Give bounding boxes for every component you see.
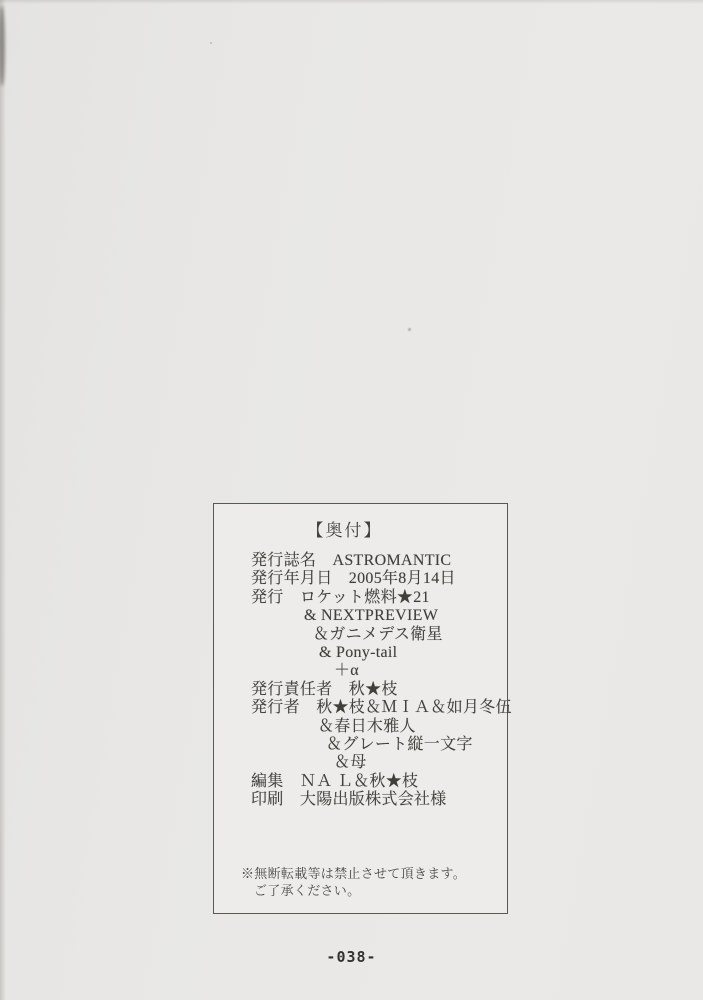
page-number: -038- — [0, 948, 703, 966]
colophon-line-publisher-2: & NEXTPREVIEW — [304, 607, 503, 625]
colophon-line-authors-2: ＆春日木雅人 — [318, 718, 503, 736]
note-line-no-reproduction: ※無断転載等は禁止させて頂きます。 — [241, 865, 503, 882]
note-line-understanding: ご了承ください。 — [241, 882, 503, 899]
colophon-line-publisher-3: ＆ガニメデス衛星 — [313, 626, 503, 644]
scan-speck — [408, 328, 411, 331]
scanned-page: 【奥付】 発行誌名 ASTROMANTIC 発行年月日 2005年8月14日 発… — [0, 0, 703, 1000]
colophon-line-authors-3: ＆グレート縦一文字 — [326, 736, 503, 754]
colophon-line-authors-4: ＆母 — [334, 754, 503, 772]
colophon-line-publisher-4: & Pony-tail — [319, 644, 503, 662]
colophon-line-publisher: 発行 ロケット燃料★21 — [251, 589, 503, 607]
scan-speck — [210, 42, 212, 44]
colophon-lines: 発行誌名 ASTROMANTIC 発行年月日 2005年8月14日 発行 ロケッ… — [251, 552, 503, 810]
colophon-line-authors: 発行者 秋★枝＆ＭＩＡ＆如月冬伍 — [251, 699, 503, 717]
colophon-line-publisher-5: ＋α — [334, 662, 503, 680]
colophon-line-editing: 編集 ＮＡ Ｌ＆秋★枝 — [251, 773, 503, 791]
scan-edge-shadow-left — [0, 0, 7, 1000]
colophon-note: ※無断転載等は禁止させて頂きます。 ご了承ください。 — [241, 865, 503, 899]
colophon-title: 【奥付】 — [214, 516, 507, 541]
colophon-box: 【奥付】 発行誌名 ASTROMANTIC 発行年月日 2005年8月14日 発… — [213, 503, 508, 914]
colophon-line-printing: 印刷 大陽出版株式会社様 — [251, 791, 503, 809]
colophon-line-publish-date: 発行年月日 2005年8月14日 — [251, 570, 503, 588]
colophon-line-responsible-editor: 発行責任者 秋★枝 — [251, 681, 503, 699]
colophon-line-journal-name: 発行誌名 ASTROMANTIC — [251, 552, 503, 570]
scan-edge-shadow-top — [0, 0, 703, 4]
